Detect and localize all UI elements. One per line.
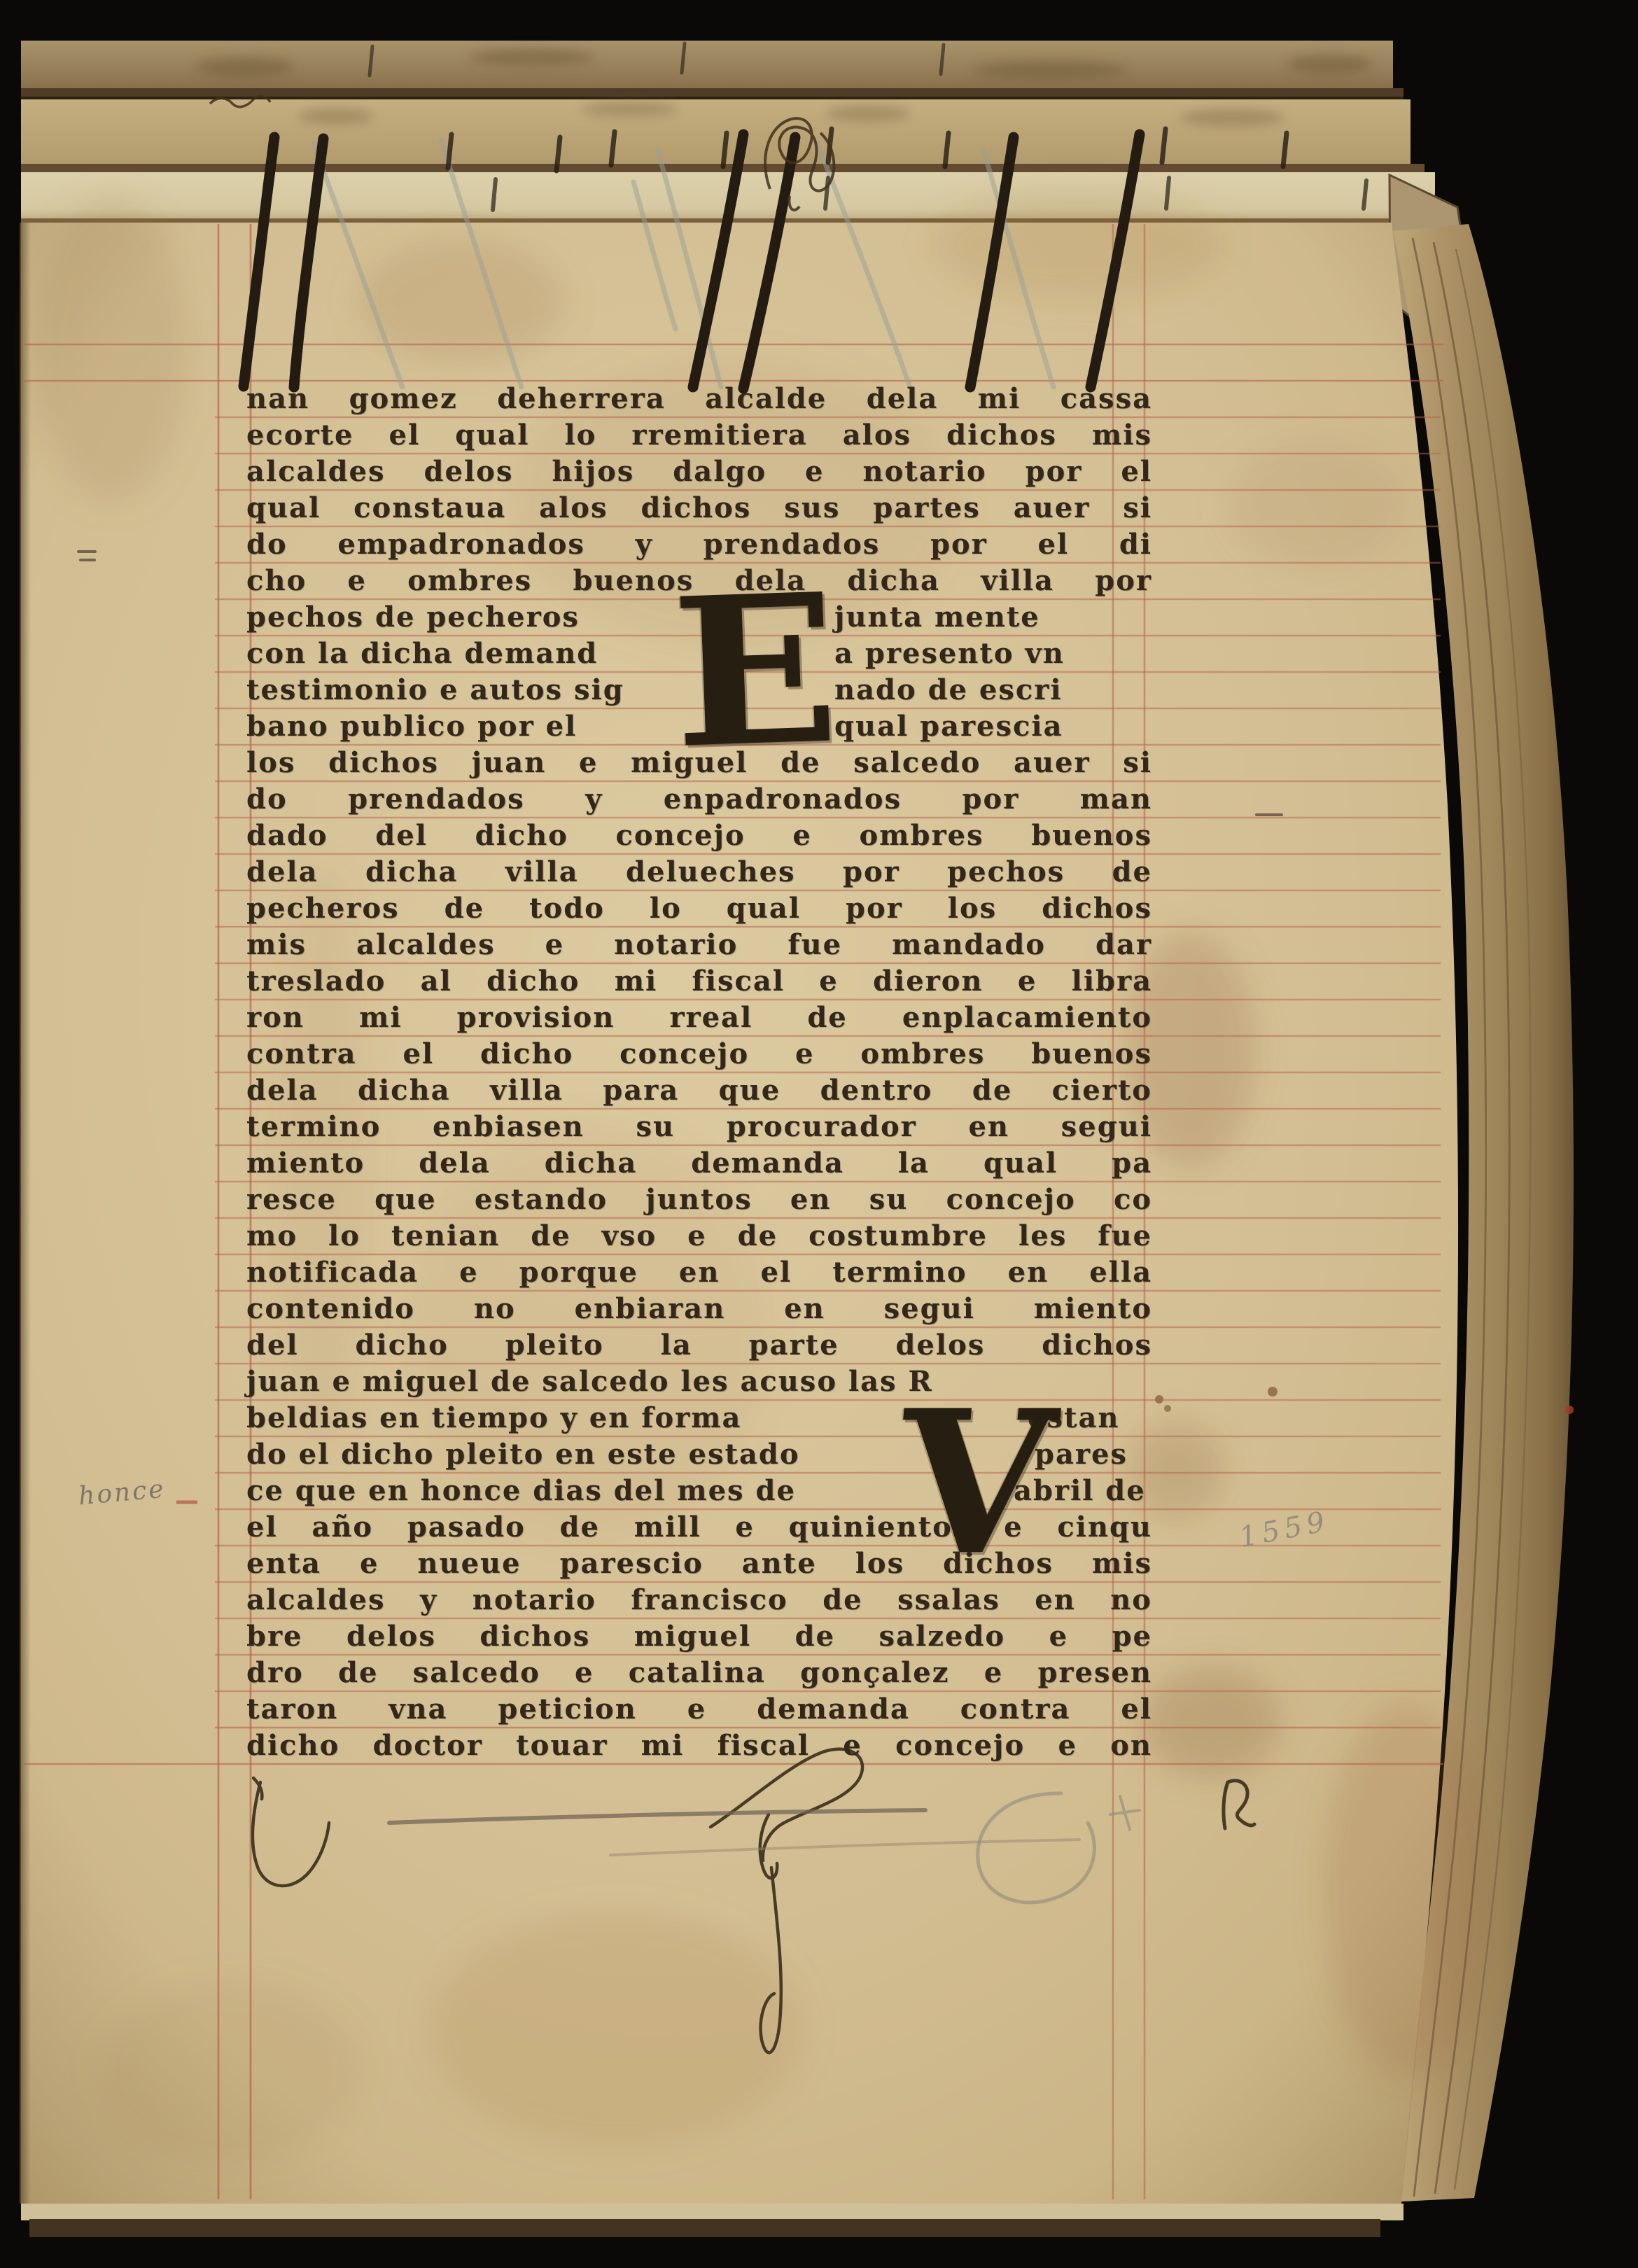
line-text: dela dicha villa delueches por pechos de <box>246 855 1152 888</box>
manuscript-line: dado del dicho concejo e ombres buenos <box>246 818 1152 854</box>
manuscript-line: ecorte el qual lo rremitiera alos dichos… <box>246 417 1152 454</box>
line-text: taron vna peticion e demanda contra el <box>246 1693 1152 1725</box>
line-text: bano publico por el <box>246 710 577 743</box>
line-text: nan gomez deherrera alcalde dela mi cass… <box>246 382 1152 415</box>
illuminated-initial-v: V <box>892 1401 1059 1564</box>
manuscript-line: taron vna peticion e demanda contra el <box>246 1691 1152 1728</box>
line-text-after-initial: a presento vn <box>834 636 1065 672</box>
manuscript-line: contra el dicho concejo e ombres buenos <box>246 1036 1152 1072</box>
manuscript-line: nan gomez deherrera alcalde dela mi cass… <box>246 381 1152 417</box>
line-text: del dicho pleito la parte delos dichos <box>246 1329 1152 1361</box>
manuscript-scan: nan gomez deherrera alcalde dela mi cass… <box>0 0 1638 2268</box>
line-text: alcaldes delos hijos dalgo e notario por… <box>246 455 1152 488</box>
manuscript-line: mo lo tenian de vso e de costumbre les f… <box>246 1218 1152 1254</box>
line-text: ce que en honce dias del mes de <box>246 1474 796 1507</box>
manuscript-line: qual constaua alos dichos sus partes aue… <box>246 490 1152 526</box>
line-text: mis alcaldes e notario fue mandado dar <box>246 928 1152 961</box>
manuscript-line: dicho doctor touar mi fiscal e concejo e… <box>246 1728 1152 1764</box>
manuscript-line: resce que estando juntos en su concejo c… <box>246 1182 1152 1218</box>
line-text: dro de salcedo e catalina gonçalez e pre… <box>246 1656 1152 1689</box>
manuscript-line: contenido no enbiaran en segui miento <box>246 1291 1152 1327</box>
line-text: juan e miguel de salcedo les acuso las R <box>246 1365 933 1398</box>
manuscript-line: termino enbiasen su procurador en segui <box>246 1109 1152 1145</box>
manuscript-line: mis alcaldes e notario fue mandado dar <box>246 927 1152 963</box>
line-text: ron mi provision rreal de enplacamiento <box>246 1001 1152 1034</box>
manuscript-line: dela dicha villa para que dentro de cier… <box>246 1072 1152 1109</box>
text-block: nan gomez deherrera alcalde dela mi cass… <box>0 0 1638 2268</box>
manuscript-line: ron mi provision rreal de enplacamiento <box>246 1000 1152 1036</box>
line-text: dela dicha villa para que dentro de cier… <box>246 1074 1152 1107</box>
manuscript-line: dro de salcedo e catalina gonçalez e pre… <box>246 1655 1152 1691</box>
line-text: miento dela dicha demanda la qual pa <box>246 1147 1152 1179</box>
manuscript-line: del dicho pleito la parte delos dichos <box>246 1327 1152 1364</box>
line-text: dicho doctor touar mi fiscal e concejo e… <box>246 1729 1152 1762</box>
manuscript-line: bre delos dichos miguel de salzedo e pe <box>246 1618 1152 1655</box>
line-text: notificada e porque en el termino en ell… <box>246 1256 1152 1289</box>
line-text: contenido no enbiaran en segui miento <box>246 1292 1152 1325</box>
manuscript-line: notificada e porque en el termino en ell… <box>246 1254 1152 1291</box>
line-text: bre delos dichos miguel de salzedo e pe <box>246 1620 1152 1653</box>
line-text: do el dicho pleito en este estado <box>246 1438 800 1471</box>
line-text: mo lo tenian de vso e de costumbre les f… <box>246 1219 1152 1252</box>
manuscript-line: dela dicha villa delueches por pechos de <box>246 854 1152 890</box>
line-text: termino enbiasen su procurador en segui <box>246 1110 1152 1143</box>
line-text: contra el dicho concejo e ombres buenos <box>246 1037 1152 1070</box>
line-text: pecheros de todo lo qual por los dichos <box>246 892 1152 925</box>
line-text: dado del dicho concejo e ombres buenos <box>246 819 1152 852</box>
line-text: pechos de pecheros <box>246 601 580 633</box>
illuminated-initial-e: E <box>670 587 841 756</box>
manuscript-line: alcaldes delos hijos dalgo e notario por… <box>246 454 1152 490</box>
line-text-after-initial: nado de escri <box>834 672 1063 708</box>
line-text-after-initial: qual parescia <box>834 708 1063 745</box>
line-text-after-initial: junta mente <box>834 599 1040 636</box>
manuscript-line: miento dela dicha demanda la qual pa <box>246 1145 1152 1182</box>
line-text: testimonio e autos sig <box>246 673 624 706</box>
line-text: ecorte el qual lo rremitiera alos dichos… <box>246 419 1152 451</box>
line-text: beldias en tiempo y en forma <box>246 1401 741 1434</box>
manuscript-line: pecheros de todo lo qual por los dichos <box>246 890 1152 927</box>
manuscript-line: treslado al dicho mi fiscal e dieron e l… <box>246 963 1152 1000</box>
line-text: con la dicha demand <box>246 637 598 670</box>
line-text: treslado al dicho mi fiscal e dieron e l… <box>246 965 1152 997</box>
line-text: resce que estando juntos en su concejo c… <box>246 1183 1152 1216</box>
line-text: qual constaua alos dichos sus partes aue… <box>246 491 1152 524</box>
